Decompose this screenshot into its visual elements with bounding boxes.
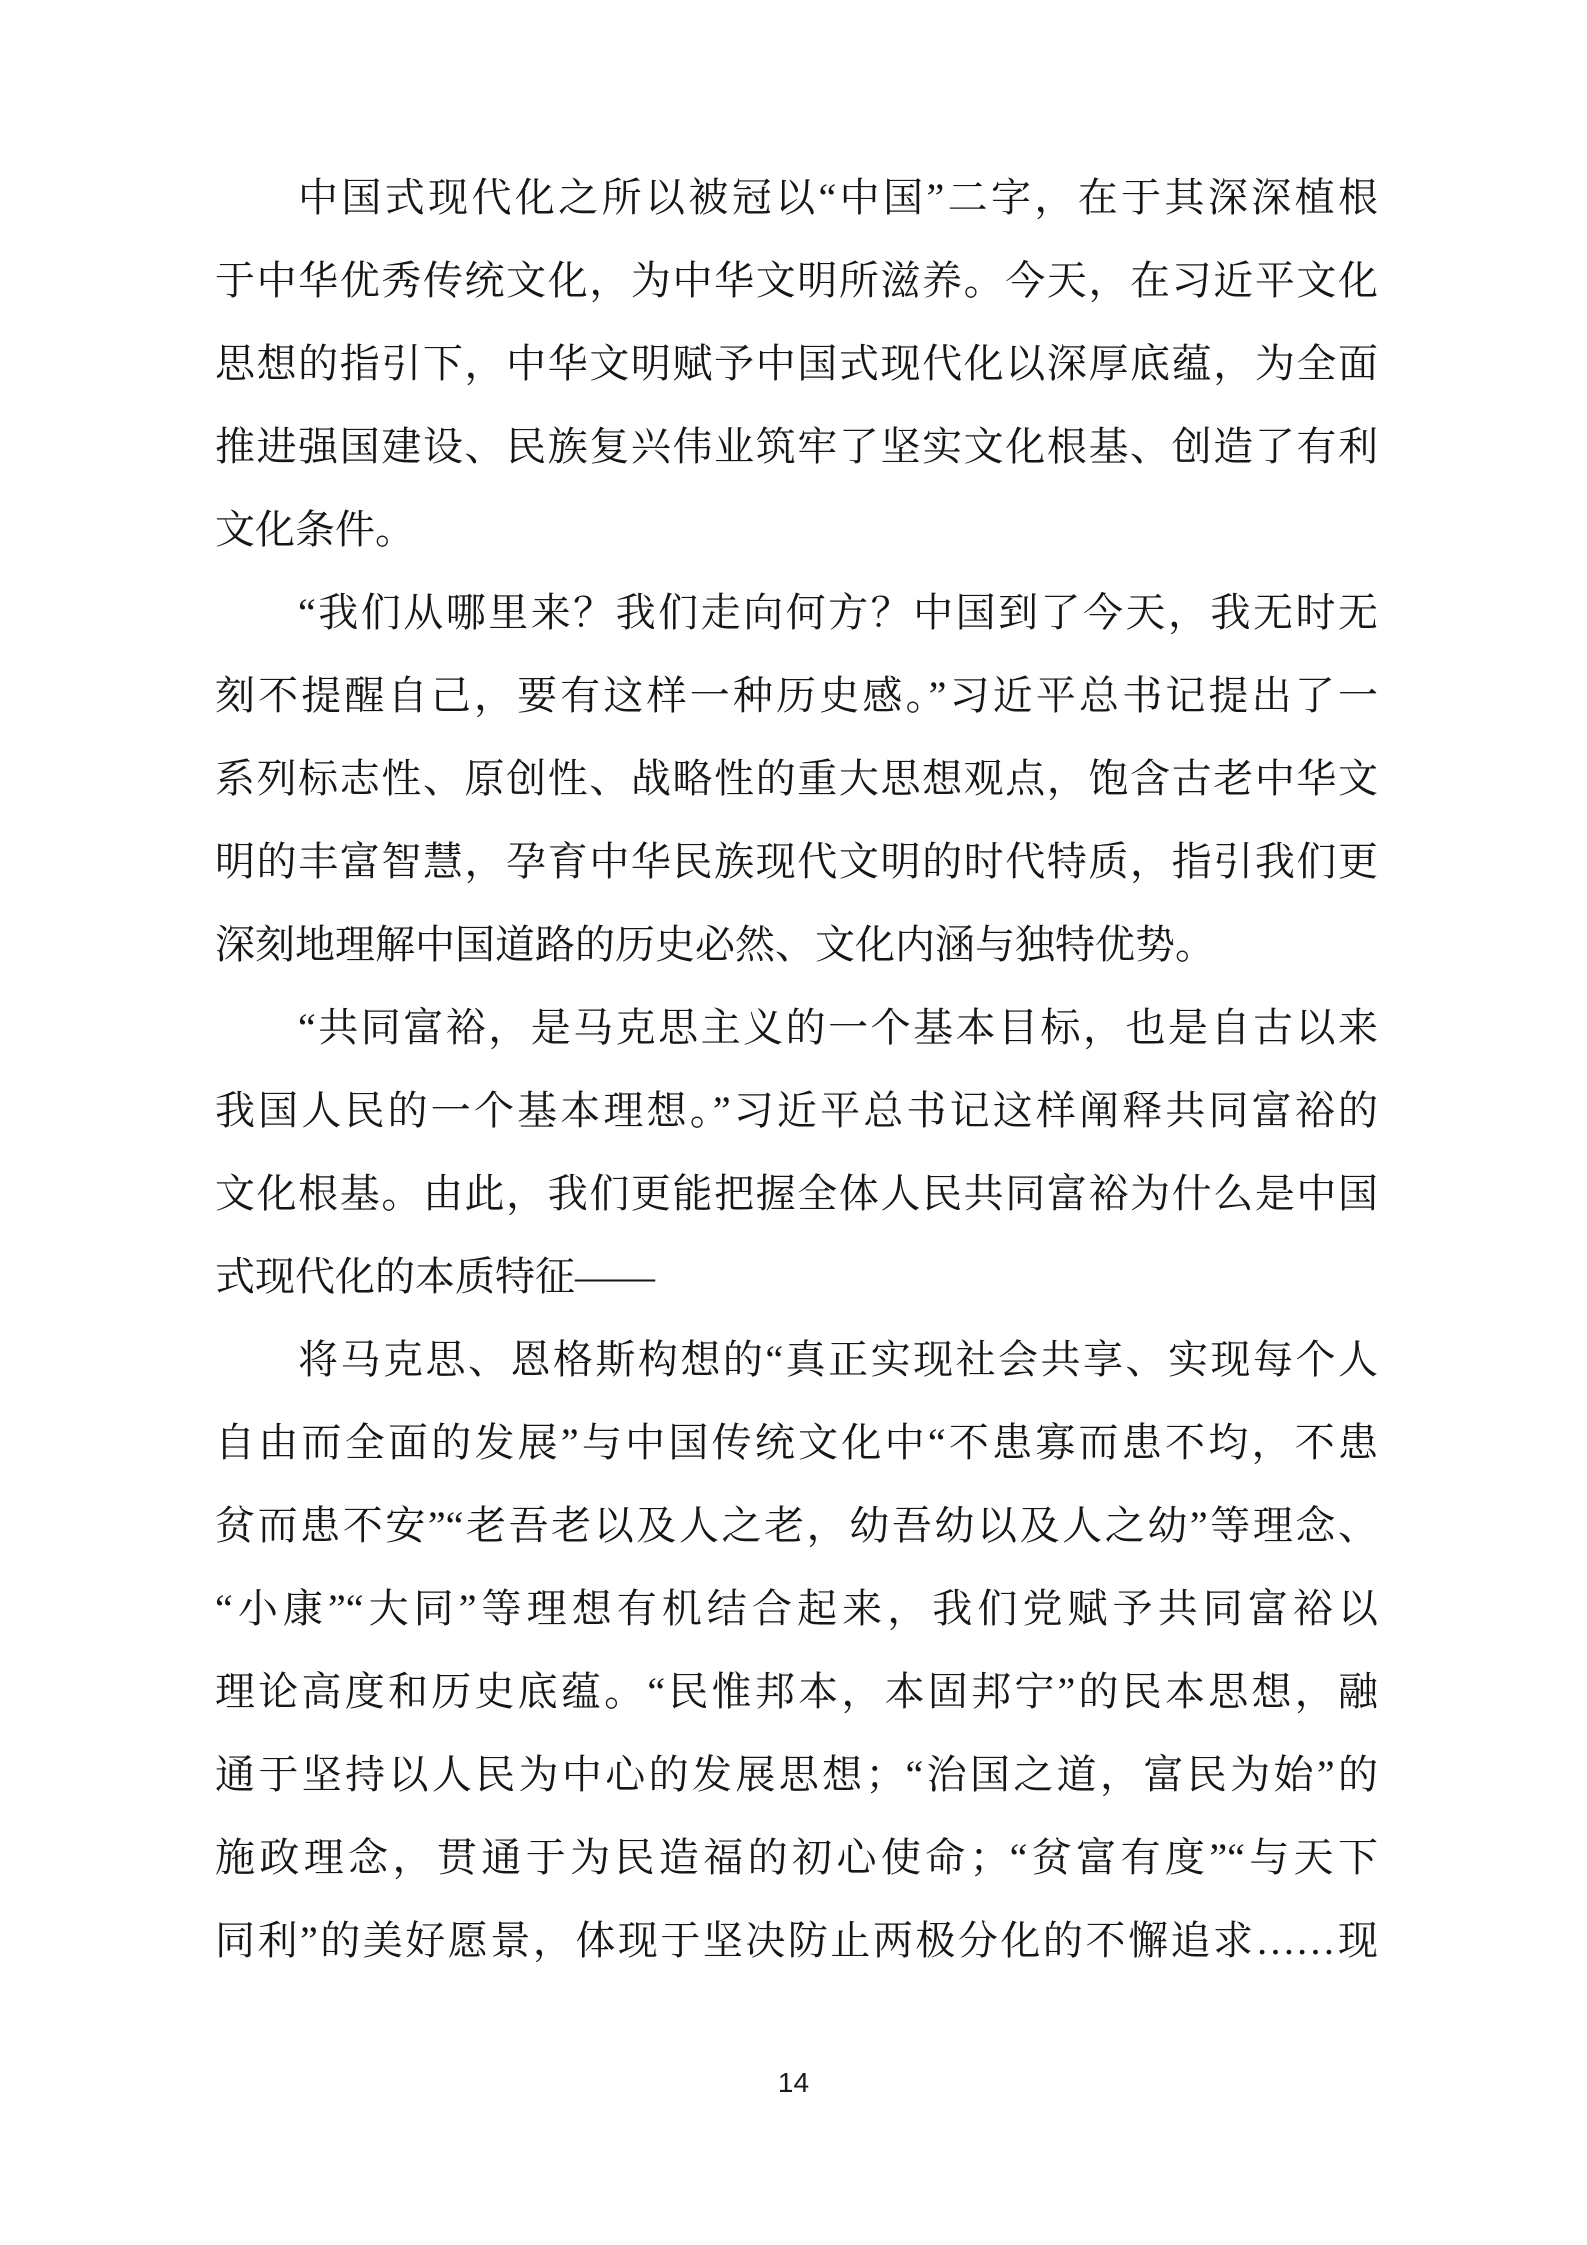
page-footer: 14 <box>0 2066 1587 2100</box>
text-line: 将马克思、恩格斯构想的“真正实现社会共享、实现每个人 <box>215 1318 1378 1401</box>
text-line: 思想的指引下，中华文明赋予中国式现代化以深厚底蕴，为全面 <box>215 322 1378 405</box>
document-page: 中国式现代化之所以被冠以“中国”二字，在于其深深植根于中华优秀传统文化，为中华文… <box>0 0 1587 2245</box>
paragraph: 将马克思、恩格斯构想的“真正实现社会共享、实现每个人自由而全面的发展”与中国传统… <box>215 1318 1378 1982</box>
text-line: “我们从哪里来？我们走向何方？中国到了今天，我无时无 <box>215 571 1378 654</box>
text-line: 深刻地理解中国道路的历史必然、文化内涵与独特优势。 <box>215 903 1378 986</box>
text-line: 通于坚持以人民为中心的发展思想；“治国之道，富民为始”的 <box>215 1733 1378 1816</box>
text-line: 我国人民的一个基本理想。”习近平总书记这样阐释共同富裕的 <box>215 1069 1378 1152</box>
text-line: “共同富裕，是马克思主义的一个基本目标，也是自古以来 <box>215 986 1378 1069</box>
page-number: 14 <box>778 2066 809 2100</box>
text-line: 系列标志性、原创性、战略性的重大思想观点，饱含古老中华文 <box>215 737 1378 820</box>
text-line: 理论高度和历史底蕴。“民惟邦本，本固邦宁”的民本思想，融 <box>215 1650 1378 1733</box>
text-line: 施政理念，贯通于为民造福的初心使命；“贫富有度”“与天下 <box>215 1816 1378 1899</box>
paragraph: “共同富裕，是马克思主义的一个基本目标，也是自古以来我国人民的一个基本理想。”习… <box>215 986 1378 1318</box>
text-line: 文化根基。由此，我们更能把握全体人民共同富裕为什么是中国 <box>215 1152 1378 1235</box>
text-line: 中国式现代化之所以被冠以“中国”二字，在于其深深植根 <box>215 156 1378 239</box>
text-line: 刻不提醒自己，要有这样一种历史感。”习近平总书记提出了一 <box>215 654 1378 737</box>
document-content: 中国式现代化之所以被冠以“中国”二字，在于其深深植根于中华优秀传统文化，为中华文… <box>215 156 1378 1982</box>
text-line: 式现代化的本质特征—— <box>215 1235 1378 1318</box>
text-line: 贫而患不安”“老吾老以及人之老，幼吾幼以及人之幼”等理念、 <box>215 1484 1378 1567</box>
text-line: 文化条件。 <box>215 488 1378 571</box>
text-line: 明的丰富智慧，孕育中华民族现代文明的时代特质，指引我们更 <box>215 820 1378 903</box>
text-line: “小康”“大同”等理想有机结合起来，我们党赋予共同富裕以 <box>215 1567 1378 1650</box>
text-line: 自由而全面的发展”与中国传统文化中“不患寡而患不均，不患 <box>215 1401 1378 1484</box>
text-line: 同利”的美好愿景，体现于坚决防止两极分化的不懈追求……现 <box>215 1899 1378 1982</box>
text-line: 于中华优秀传统文化，为中华文明所滋养。今天，在习近平文化 <box>215 239 1378 322</box>
text-line: 推进强国建设、民族复兴伟业筑牢了坚实文化根基、创造了有利 <box>215 405 1378 488</box>
paragraph: 中国式现代化之所以被冠以“中国”二字，在于其深深植根于中华优秀传统文化，为中华文… <box>215 156 1378 571</box>
paragraph: “我们从哪里来？我们走向何方？中国到了今天，我无时无刻不提醒自己，要有这样一种历… <box>215 571 1378 986</box>
